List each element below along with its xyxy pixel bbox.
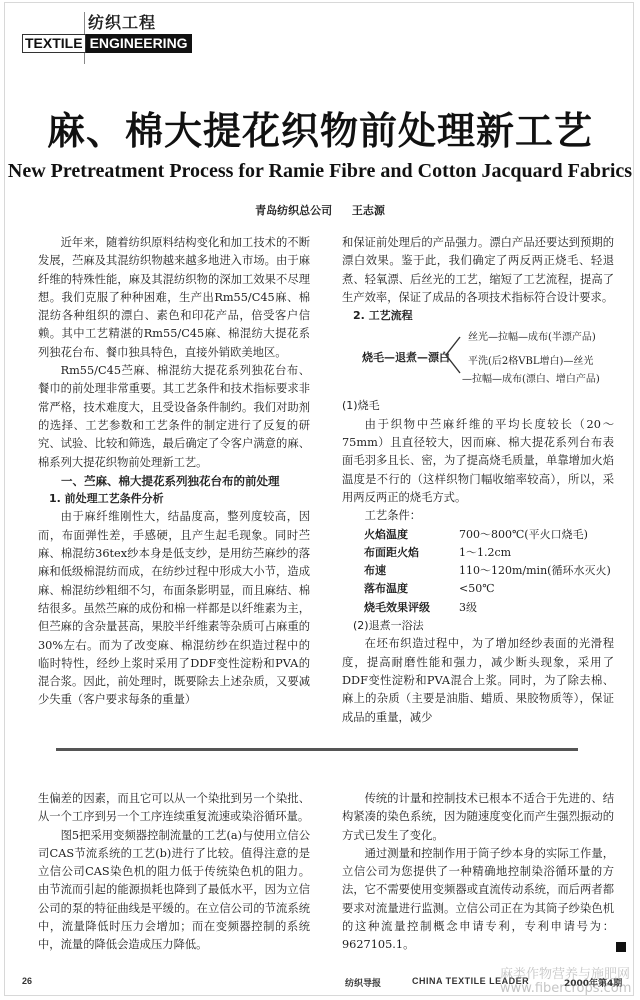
condition-key: 落布温度: [364, 580, 459, 598]
paragraph: 和保证前处理后的产品强力。漂白产品还要达到预期的漂白效果。鉴于此，我们确定了两反…: [342, 234, 614, 307]
condition-value: 3级: [459, 599, 611, 617]
table-row: 布速110～120m/min(循环水灭火): [364, 562, 611, 580]
subsection-heading: 1. 前处理工艺条件分析: [38, 490, 310, 508]
step-heading: (1)烧毛: [342, 397, 614, 415]
process-conditions-table: 火焰温度700～800℃(平火口烧毛) 布面距火焰1～1.2cm 布速110～1…: [364, 526, 611, 617]
article-title-en: New Pretreatment Process for Ramie Fibre…: [0, 160, 640, 183]
condition-key: 烧毛效果评级: [364, 599, 459, 617]
end-of-article-mark-icon: [616, 942, 626, 952]
process-flow-diagram: 烧毛—退煮—漂白 丝光—拉幅—成布(半漂产品) 平洗(后2格VBL增白)—丝光 …: [342, 329, 614, 393]
branch-bracket-icon: [442, 335, 462, 375]
paragraph: 在坯布织造过程中，为了增加经纱表面的光滑程度，提高耐磨性能和强力，减少断头现象，…: [342, 635, 614, 726]
affiliation: 青岛纺织总公司: [255, 204, 332, 217]
step-heading: (2)退煮一浴法: [342, 617, 614, 635]
watermark-line-2: www.fibercrops.com: [500, 982, 630, 996]
journal-name-cn: 纺织导报: [345, 976, 381, 989]
watermark-line-1: 麻类作物营养与施肥网: [500, 968, 630, 982]
paragraph: Rm55/C45苎麻、棉混纺大提花系列独花台布、餐巾的前处理非常重要。其工艺条件…: [38, 362, 310, 472]
condition-value: <50℃: [459, 580, 611, 598]
left-column-top: 近年来，随着纺织原料结构变化和加工技术的不断发展，苎麻及其混纺织物越来越多地进入…: [38, 234, 310, 710]
left-column-bottom: 生偏差的因素，而且它可以从一个染批到另一个染批、从一个工序到另一个工序连续重复流…: [38, 790, 310, 955]
section-title-cn: 纺织工程: [88, 10, 156, 33]
table-row: 火焰温度700～800℃(平火口烧毛): [364, 526, 611, 544]
section-title-en-textile: TEXTILE: [22, 34, 86, 53]
paragraph: 近年来，随着纺织原料结构变化和加工技术的不断发展，苎麻及其混纺织物越来越多地进入…: [38, 234, 310, 362]
condition-key: 火焰温度: [364, 526, 459, 544]
paragraph: 图5把采用变频器控制流量的工艺(a)与使用立信公司CAS节流系统的工艺(b)进行…: [38, 827, 310, 955]
flow-branch-1: 丝光—拉幅—成布(半漂产品): [468, 329, 596, 347]
paragraph: 通过测量和控制作用于筒子纱本身的实际工作量，立信公司为您提供了一种精确地控制染浴…: [342, 845, 614, 955]
paragraph: 传统的计量和控制技术已根本不适合于先进的、结构紧凑的染色系统，因为随速度变化而产…: [342, 790, 614, 845]
subsection-heading: 2. 工艺流程: [342, 307, 614, 325]
paragraph: 由于麻纤维刚性大，结晶度高，整列度较高，因而，布面弹性差，手感硬，且产生起毛现象…: [38, 508, 310, 709]
flow-branch-2-line-2: —拉幅—成布(漂白、增白产品): [462, 371, 600, 389]
author: 王志源: [352, 204, 385, 217]
conditions-title: 工艺条件：: [342, 507, 614, 525]
section-title-en: TEXTILE ENGINEERING: [22, 34, 192, 53]
right-column-top: 和保证前处理后的产品强力。漂白产品还要达到预期的漂白效果。鉴于此，我们确定了两反…: [342, 234, 614, 727]
table-row: 落布温度<50℃: [364, 580, 611, 598]
table-row: 布面距火焰1～1.2cm: [364, 544, 611, 562]
right-column-bottom: 传统的计量和控制技术已根本不适合于先进的、结构紧凑的染色系统，因为随速度变化而产…: [342, 790, 614, 955]
table-row: 烧毛效果评级3级: [364, 599, 611, 617]
byline: 青岛纺织总公司 王志源: [0, 202, 640, 218]
condition-value: 110～120m/min(循环水灭火): [459, 562, 611, 580]
condition-value: 700～800℃(平火口烧毛): [459, 526, 611, 544]
condition-value: 1～1.2cm: [459, 544, 611, 562]
page-number: 26: [22, 976, 32, 986]
flow-start: 烧毛—退煮—漂白: [362, 349, 450, 367]
section-title-en-engineering: ENGINEERING: [86, 34, 192, 53]
section-divider-rule: [56, 748, 578, 751]
flow-branch-2-line-1: 平洗(后2格VBL增白)—丝光: [468, 353, 593, 371]
condition-key: 布速: [364, 562, 459, 580]
watermark: 麻类作物营养与施肥网 www.fibercrops.com: [500, 968, 630, 996]
condition-key: 布面距火焰: [364, 544, 459, 562]
paragraph: 生偏差的因素，而且它可以从一个染批到另一个染批、从一个工序到另一个工序连续重复流…: [38, 790, 310, 827]
article-title-cn: 麻、棉大提花织物前处理新工艺: [0, 100, 640, 155]
section-heading: 一、苎麻、棉大提花系列独花台布的前处理: [38, 472, 310, 490]
paragraph: 由于织物中苎麻纤维的平均长度较长（20～75mm）且直径较大，因而麻、棉大提花系…: [342, 416, 614, 507]
